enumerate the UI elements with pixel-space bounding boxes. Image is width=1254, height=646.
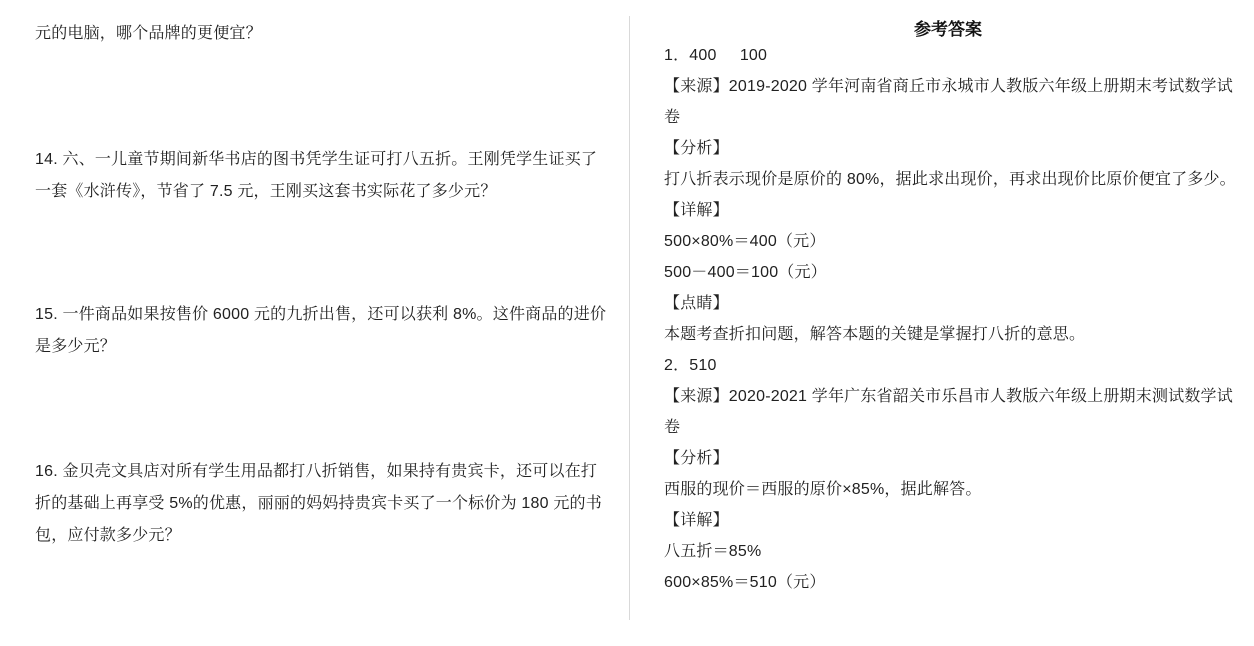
answer-1-analysis-label: 【分析】 bbox=[664, 133, 1244, 164]
answer-1-remark-text: 本题考查折扣问题，解答本题的关键是掌握打八折的意思。 bbox=[664, 319, 1244, 350]
question-16-line-3: 包，应付款多少元？ bbox=[35, 520, 620, 551]
question-overflow-line: 元的电脑，哪个品牌的更便宜？ bbox=[35, 18, 620, 49]
answer-1-result: 1．400 100 bbox=[664, 40, 1244, 71]
answer-1-remark-label: 【点睛】 bbox=[664, 288, 1244, 319]
questions-page: 元的电脑，哪个品牌的更便宜？ 14. 六、一儿童节期间新华书店的图书凭学生证可打… bbox=[0, 0, 629, 646]
question-15-line-2: 是多少元？ bbox=[35, 331, 620, 362]
question-16-line-1: 16. 金贝壳文具店对所有学生用品都打八折销售，如果持有贵宾卡，还可以在打 bbox=[35, 456, 620, 487]
answer-2-detail-label: 【详解】 bbox=[664, 505, 1244, 536]
answers-page: 参考答案 1．400 100 【来源】2019-2020 学年河南省商丘市永城市… bbox=[630, 0, 1254, 646]
answer-2-equation-1: 八五折＝85% bbox=[664, 536, 1244, 567]
answer-1-analysis-text: 打八折表示现价是原价的 80%，据此求出现价，再求出现价比原价便宜了多少。 bbox=[664, 164, 1244, 195]
answer-1-source-line-2: 卷 bbox=[664, 102, 1244, 133]
document-view: 元的电脑，哪个品牌的更便宜？ 14. 六、一儿童节期间新华书店的图书凭学生证可打… bbox=[0, 0, 1254, 646]
answer-2-source-line-1: 【来源】2020-2021 学年广东省韶关市乐昌市人教版六年级上册期末测试数学试 bbox=[664, 381, 1244, 412]
question-14-line-1: 14. 六、一儿童节期间新华书店的图书凭学生证可打八五折。王刚凭学生证买了 bbox=[35, 144, 620, 175]
answer-2-analysis-label: 【分析】 bbox=[664, 443, 1244, 474]
answers-body: 1．400 100 【来源】2019-2020 学年河南省商丘市永城市人教版六年… bbox=[664, 40, 1244, 598]
answer-1-equation-2: 500－400＝100（元） bbox=[664, 257, 1244, 288]
question-16-line-2: 折的基础上再享受 5%的优惠，丽丽的妈妈持贵宾卡买了一个标价为 180 元的书 bbox=[35, 488, 620, 519]
question-15-line-1: 15. 一件商品如果按售价 6000 元的九折出售，还可以获利 8%。这件商品的… bbox=[35, 299, 620, 330]
answer-1-equation-1: 500×80%＝400（元） bbox=[664, 226, 1244, 257]
question-14-line-2: 一套《水浒传》，节省了 7.5 元，王刚买这套书实际花了多少元？ bbox=[35, 176, 620, 207]
answer-2-equation-2: 600×85%＝510（元） bbox=[664, 567, 1244, 598]
answer-2-source-line-2: 卷 bbox=[664, 412, 1244, 443]
answer-2-analysis-text: 西服的现价＝西服的原价×85%，据此解答。 bbox=[664, 474, 1244, 505]
answer-1-source-line-1: 【来源】2019-2020 学年河南省商丘市永城市人教版六年级上册期末考试数学试 bbox=[664, 71, 1244, 102]
answer-1-detail-label: 【详解】 bbox=[664, 195, 1244, 226]
answer-2-result: 2．510 bbox=[664, 350, 1244, 381]
